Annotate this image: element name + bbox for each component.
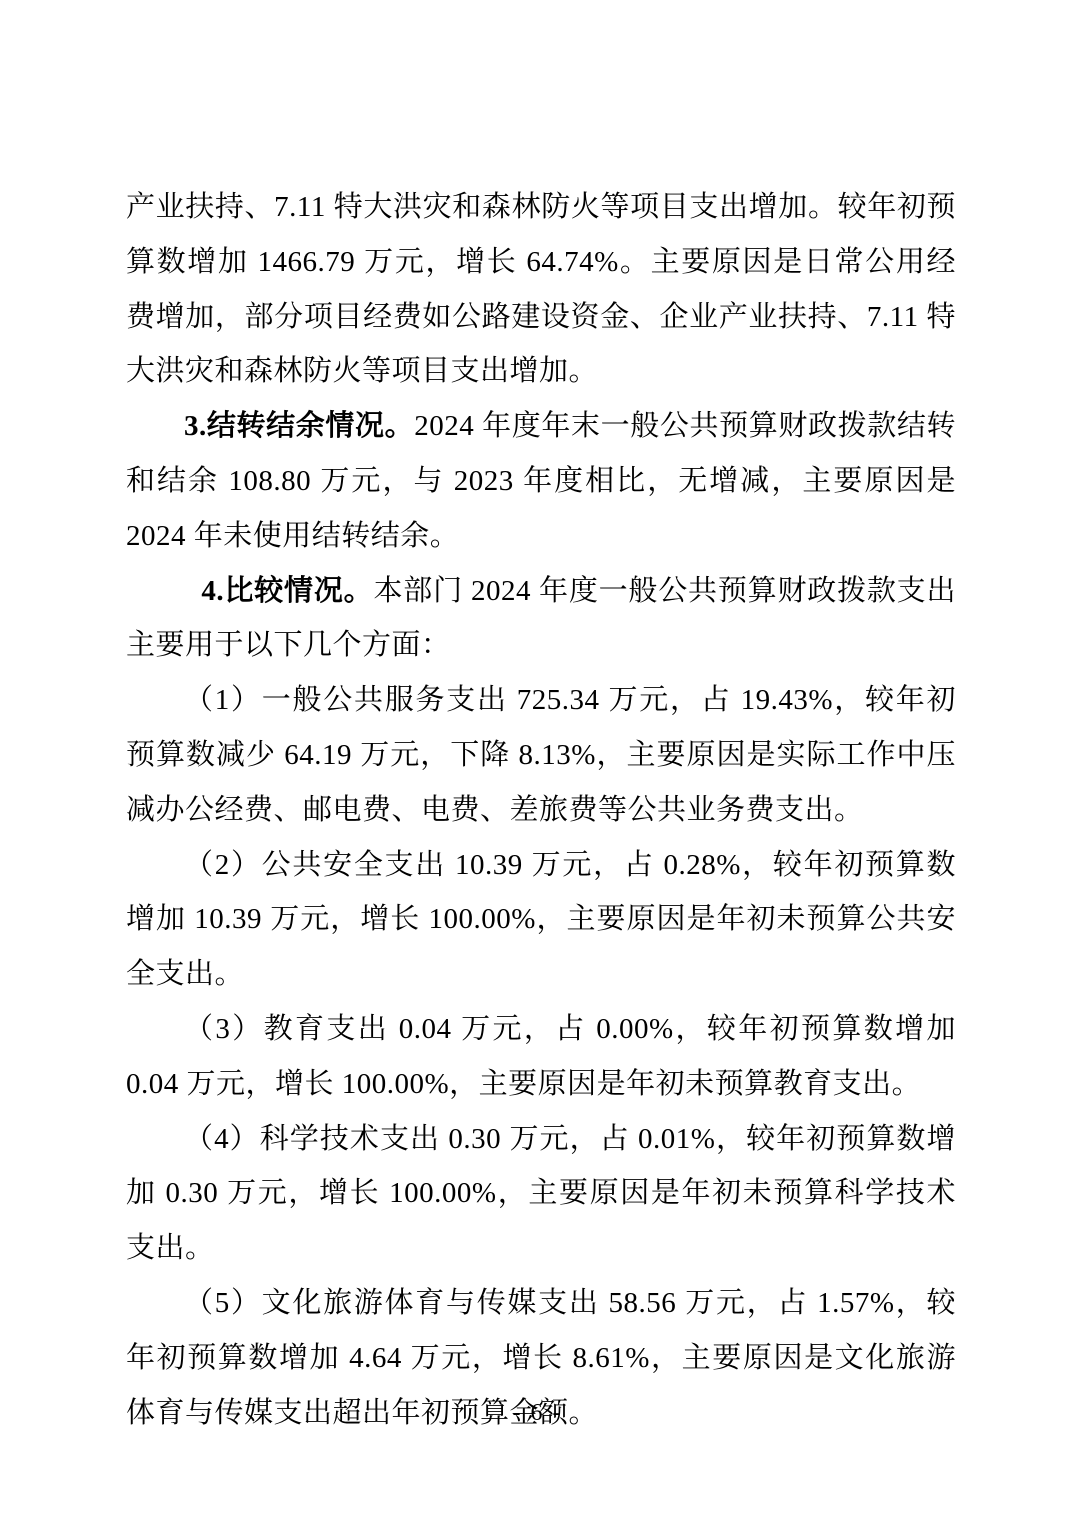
page-number: - 6 - <box>513 1400 563 1426</box>
section-3-heading: 3.结转结余情况。 <box>184 410 414 442</box>
para-section-4-comparison: 4.比较情况。本部门 2024 年度一般公共预算财政拨款支出主要用于以下几个方面… <box>126 564 956 674</box>
para-project-expenditure-increase: 产业扶持、7.11 特大洪灾和森林防火等项目支出增加。较年初预算数增加 1466… <box>126 180 956 399</box>
paragraph-text: （4）科学技术支出 0.30 万元，占 0.01%，较年初预算数增加 0.30 … <box>126 1123 956 1265</box>
section-4-heading: 4.比较情况。 <box>201 575 373 607</box>
para-item-4-science-technology: （4）科学技术支出 0.30 万元，占 0.01%，较年初预算数增加 0.30 … <box>126 1112 956 1276</box>
para-item-3-education: （3）教育支出 0.04 万元，占 0.00%，较年初预算数增加 0.04 万元… <box>126 1002 956 1112</box>
document-body: 产业扶持、7.11 特大洪灾和森林防火等项目支出增加。较年初预算数增加 1466… <box>126 180 956 1440</box>
para-item-2-public-security: （2）公共安全支出 10.39 万元，占 0.28%，较年初预算数增加 10.3… <box>126 838 956 1002</box>
para-section-3-carryover-balance: 3.结转结余情况。2024 年度年末一般公共预算财政拨款结转和结余 108.80… <box>126 399 956 563</box>
para-item-1-general-public-services: （1）一般公共服务支出 725.34 万元，占 19.43%，较年初预算数减少 … <box>126 673 956 837</box>
paragraph-text: （1）一般公共服务支出 725.34 万元，占 19.43%，较年初预算数减少 … <box>126 684 956 826</box>
document-page: 产业扶持、7.11 特大洪灾和森林防火等项目支出增加。较年初预算数增加 1466… <box>0 0 1075 1520</box>
page-footer: - 6 - <box>0 1398 1075 1428</box>
paragraph-text: （3）教育支出 0.04 万元，占 0.00%，较年初预算数增加 0.04 万元… <box>126 1013 956 1100</box>
paragraph-text: （2）公共安全支出 10.39 万元，占 0.28%，较年初预算数增加 10.3… <box>126 849 956 991</box>
paragraph-text: 产业扶持、7.11 特大洪灾和森林防火等项目支出增加。较年初预算数增加 1466… <box>126 191 956 387</box>
